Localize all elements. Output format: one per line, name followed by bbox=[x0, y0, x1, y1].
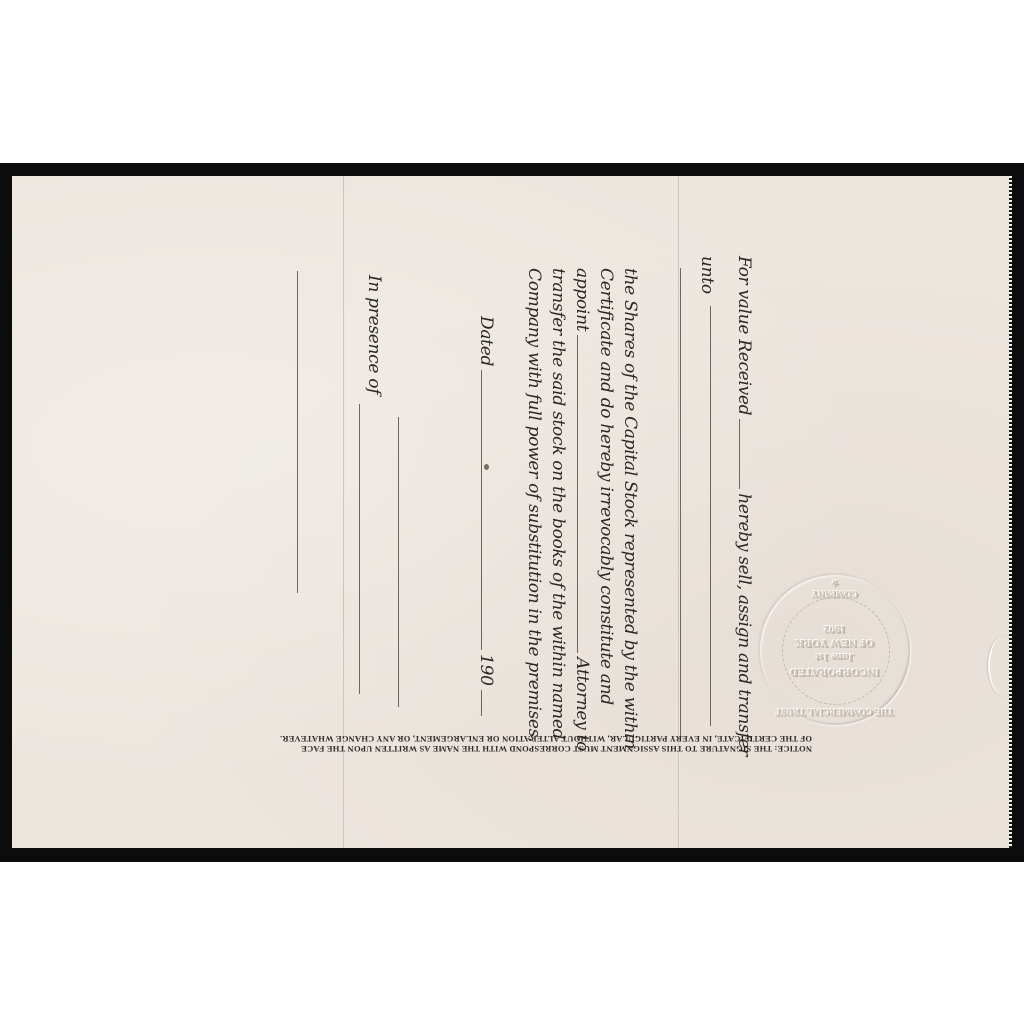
edge-emboss-mark bbox=[988, 636, 1020, 696]
seal-line-1: INCORPORATED bbox=[790, 664, 880, 678]
assignment-line-company: Company with full power of substitution … bbox=[524, 268, 544, 742]
assignment-line-for-value: For value Receivedhereby sell, assign an… bbox=[734, 256, 754, 756]
signature-line[interactable] bbox=[398, 417, 399, 707]
unto-text: unto bbox=[697, 256, 717, 294]
transfer-text: transfer the said stock on the books of … bbox=[548, 268, 568, 739]
paper-speck bbox=[484, 464, 489, 470]
assignment-line-unto: unto bbox=[697, 256, 717, 294]
for-value-received-text: For value Received bbox=[734, 256, 754, 415]
certificate-reverse: For value Receivedhereby sell, assign an… bbox=[12, 176, 1010, 848]
year-prefix-text: 190 bbox=[476, 654, 496, 686]
sell-assign-transfer-text: hereby sell, assign and transfer bbox=[734, 493, 754, 756]
company-text: Company with full power of substitution … bbox=[524, 268, 544, 742]
notice-line-1: NOTICE: THE SIGNATURE TO THIS ASSIGNMENT… bbox=[280, 744, 812, 754]
notice-text: NOTICE: THE SIGNATURE TO THIS ASSIGNMENT… bbox=[280, 734, 812, 754]
witness-signature-line[interactable] bbox=[359, 404, 360, 694]
embossed-corporate-seal: THE COMMERCIAL TRUST COMPANY ★ INCORPORA… bbox=[760, 575, 910, 725]
assignment-line-transfer: transfer the said stock on the books of … bbox=[548, 268, 568, 739]
dated-line: Dated190 bbox=[476, 316, 496, 716]
in-presence-of-line: In presence of bbox=[364, 275, 384, 394]
assignment-line-appoint: appointAttorney to bbox=[572, 268, 592, 751]
year-field-line[interactable] bbox=[481, 690, 482, 716]
appoint-text: appoint bbox=[572, 268, 592, 331]
date-field-line[interactable] bbox=[481, 370, 482, 650]
shares-count-line[interactable] bbox=[680, 268, 681, 736]
shares-text: the Shares of the Capital Stock represen… bbox=[620, 268, 640, 749]
seal-line-2: June 1st bbox=[816, 650, 855, 664]
dated-label: Dated bbox=[476, 316, 496, 366]
notice-line-2: OF THE CERTIFICATE, IN EVERY PARTICULAR,… bbox=[280, 734, 812, 744]
in-presence-of-label: In presence of bbox=[364, 275, 384, 394]
seal-inner-text: INCORPORATED June 1st OF NEW YORK 1902 bbox=[760, 575, 910, 725]
seal-line-3: OF NEW YORK bbox=[795, 636, 874, 650]
assignment-line-shares: the Shares of the Capital Stock represen… bbox=[620, 268, 640, 749]
witness-line[interactable] bbox=[297, 271, 298, 593]
certificate-text: Certificate and do hereby irrevocably co… bbox=[596, 268, 616, 705]
assignment-line-certificate: Certificate and do hereby irrevocably co… bbox=[596, 268, 616, 705]
seal-line-4: 1902 bbox=[824, 621, 846, 635]
assignee-name-line[interactable] bbox=[710, 306, 711, 726]
